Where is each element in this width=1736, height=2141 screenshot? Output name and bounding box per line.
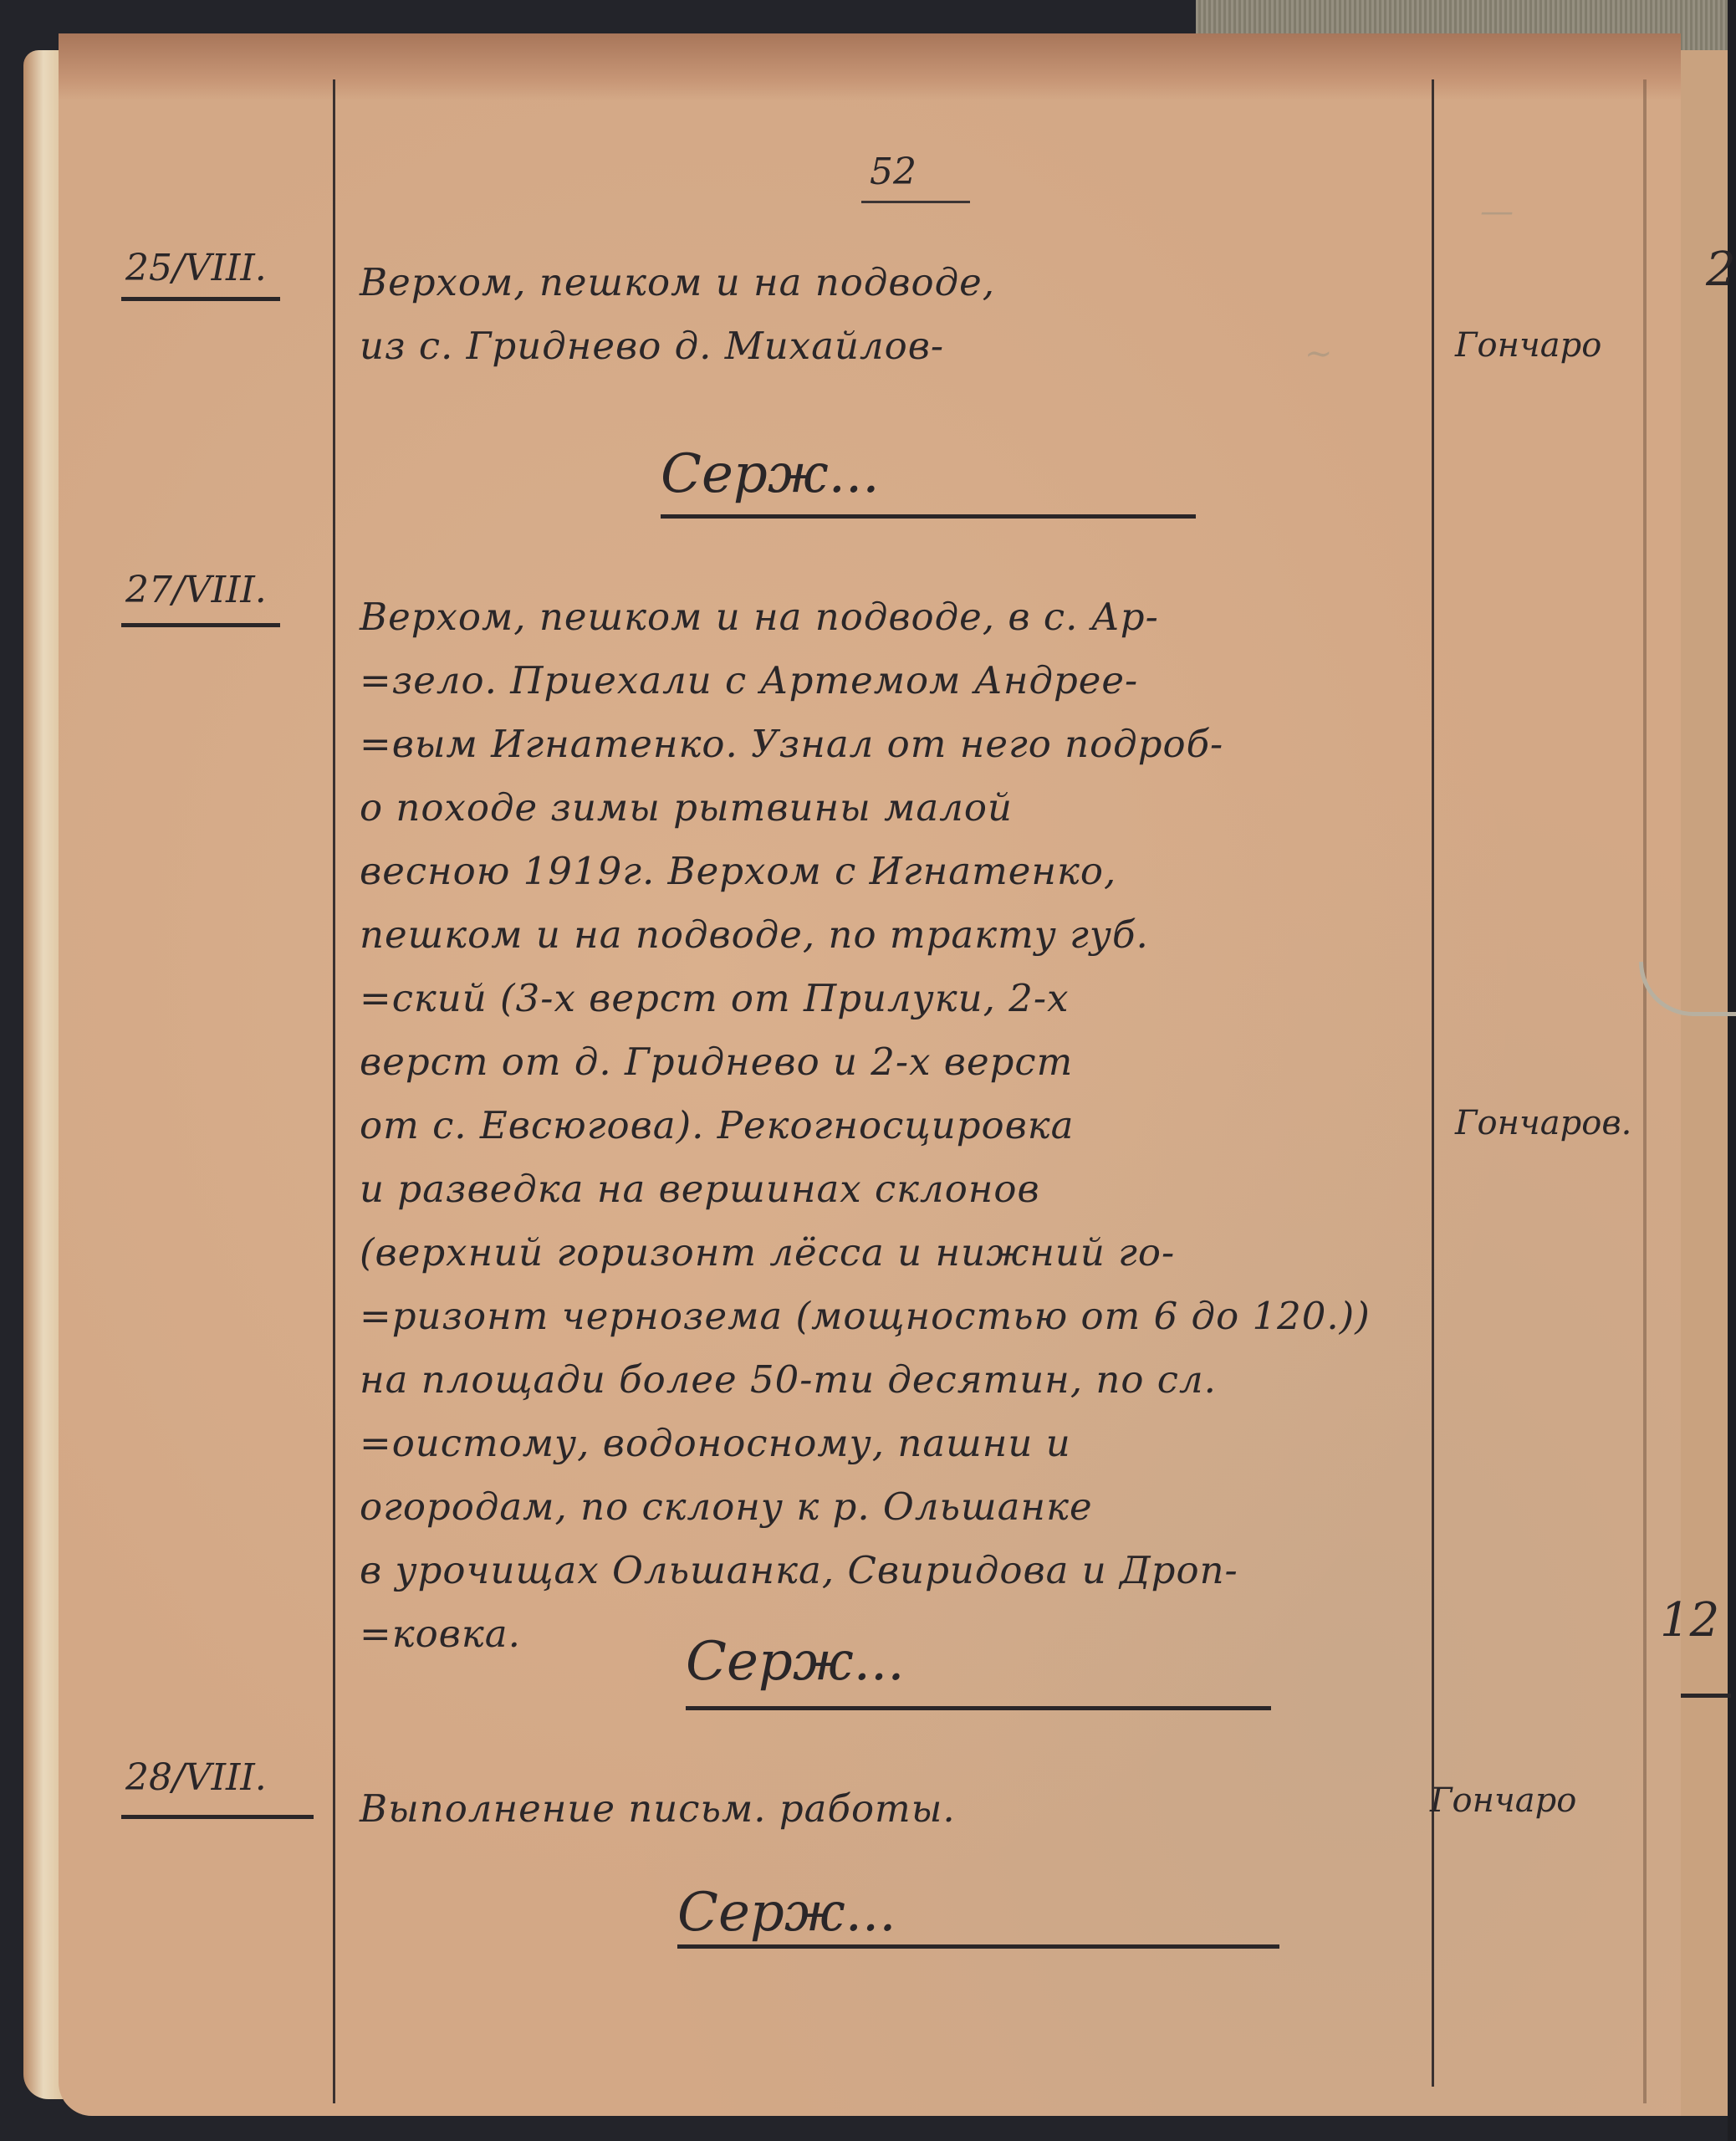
signature: Серж... bbox=[686, 1631, 905, 1693]
entry-line: Верхом, пешком и на подводе, в с. Ар- bbox=[360, 585, 1413, 649]
facing-page-fragment: 12 bbox=[1660, 1593, 1719, 1648]
entry-line: пешком и на подводе, по тракту губ. bbox=[360, 903, 1413, 967]
entry-line: (верхний горизонт лёсса и нижний го- bbox=[360, 1221, 1413, 1285]
entry-line: на площади более 50-ти десятин, по сл. bbox=[360, 1348, 1413, 1412]
date-underline bbox=[121, 297, 280, 301]
signature-underline bbox=[686, 1706, 1271, 1710]
entry-line: и разведка на вершинах склонов bbox=[360, 1157, 1413, 1221]
entry-line: из с. Гриднево д. Михайлов- bbox=[360, 314, 1413, 378]
entry-date: 25/VIII. bbox=[125, 247, 267, 289]
entry-line: =оистому, водоносному, пашни и bbox=[360, 1412, 1413, 1475]
entry-line: весною 1919г. Верхом с Игнатенко, bbox=[360, 840, 1413, 903]
entry-line: от с. Евсюгова). Рекогносцировка bbox=[360, 1094, 1413, 1157]
entry-line: Верхом, пешком и на подводе, bbox=[360, 251, 1413, 314]
signature: Серж... bbox=[661, 443, 880, 505]
entry-date: 27/VIII. bbox=[125, 569, 267, 611]
entry-line: в урочищах Ольшанка, Свиридова и Дроп- bbox=[360, 1539, 1413, 1602]
entry-line: =вым Игнатенко. Узнал от него подроб- bbox=[360, 713, 1413, 776]
facing-page-underline bbox=[1681, 1694, 1731, 1698]
signature-underline bbox=[661, 514, 1196, 519]
margin-note: Гончаро bbox=[1430, 1781, 1576, 1820]
facing-page-fragment: 2 bbox=[1706, 243, 1736, 297]
entry-line: верст от д. Гриднево и 2-х верст bbox=[360, 1030, 1413, 1094]
date-column-rule bbox=[333, 79, 335, 2103]
margin-note: Гончаров. bbox=[1455, 1104, 1631, 1142]
entry-text: Верхом, пешком и на подводе, в с. Ар- =з… bbox=[360, 585, 1413, 1666]
date-underline bbox=[121, 623, 280, 627]
bleed-through-text: — bbox=[1480, 192, 1514, 231]
page-top-discoloration bbox=[59, 33, 1681, 100]
signature-underline bbox=[677, 1944, 1279, 1949]
page-fold bbox=[1643, 79, 1647, 2103]
entry-line: огородам, по склону к р. Ольшанке bbox=[360, 1475, 1413, 1539]
margin-note: Гончаро bbox=[1455, 326, 1601, 365]
entry-line: Выполнение письм. работы. bbox=[360, 1777, 1413, 1841]
page-number: 52 bbox=[870, 151, 917, 193]
entry-text: Верхом, пешком и на подводе, из с. Гридн… bbox=[360, 251, 1413, 378]
date-underline bbox=[121, 1815, 314, 1819]
entry-line: =ризонт чернозема (мощностью от 6 до 120… bbox=[360, 1285, 1413, 1348]
entry-line: =ский (3-х верст от Прилуки, 2-х bbox=[360, 967, 1413, 1030]
entry-line: =зело. Приехали с Артемом Андрее- bbox=[360, 649, 1413, 713]
page-number-underline bbox=[861, 201, 970, 203]
signature: Серж... bbox=[677, 1882, 896, 1944]
entry-text: Выполнение письм. работы. bbox=[360, 1777, 1413, 1841]
background-strip bbox=[1728, 0, 1736, 2141]
entry-date: 28/VIII. bbox=[125, 1756, 267, 1799]
entry-line: о походе зимы рытвины малой bbox=[360, 776, 1413, 840]
